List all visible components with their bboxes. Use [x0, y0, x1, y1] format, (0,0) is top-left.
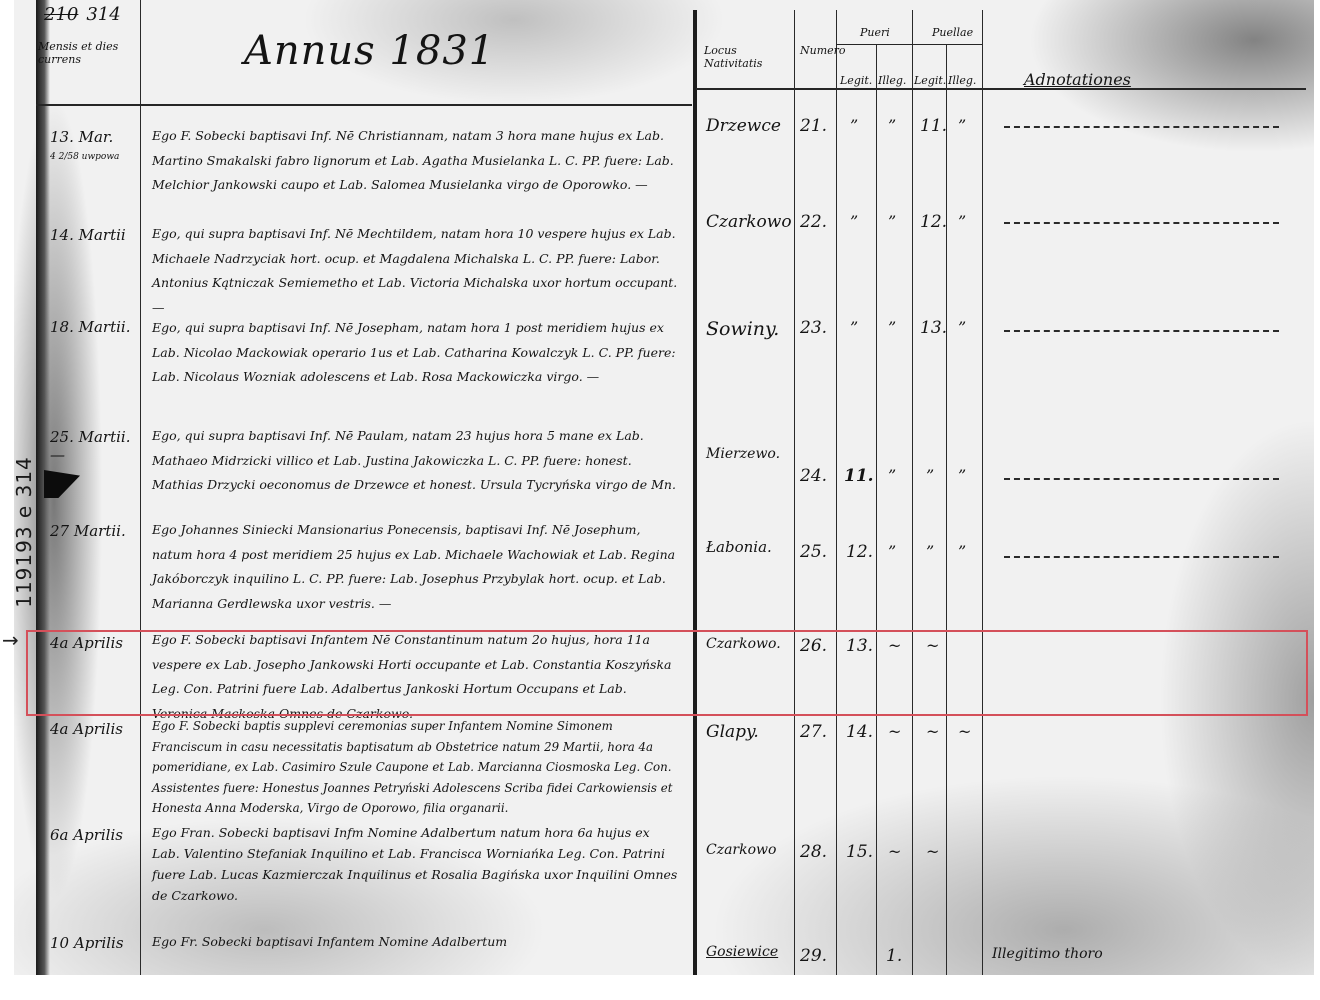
place-cell: Gosiewice — [706, 944, 778, 960]
puellae-legit-cell: 11. — [920, 116, 947, 136]
date-column-header: Mensis et dies currens — [38, 40, 134, 66]
entry-date: 25. Martii. — — [50, 428, 142, 464]
number-column-rule — [836, 10, 837, 975]
number-cell: 29. — [800, 946, 827, 966]
pueri-legit-cell: 12. — [846, 542, 873, 562]
adnotationes-header: Adnotationes — [1024, 70, 1131, 89]
entry-date: 13. Mar. — [50, 128, 142, 146]
pueri-illeg-cell: ” — [888, 466, 896, 485]
entry-text: Ego, qui supra baptisavi Inf. Nē Paulam,… — [152, 424, 680, 498]
archival-reference: 119193 e 314 — [12, 456, 36, 608]
puellae-illeg-cell: ~ — [958, 722, 971, 741]
puellae-illeg-cell: ” — [958, 542, 966, 561]
puellae-legit-cell: ” — [926, 542, 934, 561]
puellae-legit-cell: ~ — [926, 842, 939, 861]
annotation-dash — [1004, 330, 1279, 332]
pueri-header: Pueri — [860, 26, 890, 39]
puellae-split-rule — [946, 45, 947, 975]
pueri-legit-cell: ” — [850, 116, 858, 135]
entry-date: 14. Martii — [50, 226, 142, 244]
puellae-illeg-cell: ” — [958, 116, 966, 135]
number-cell: 21. — [800, 116, 827, 136]
puellae-legit-cell: ” — [926, 466, 934, 485]
number-cell: 23. — [800, 318, 827, 338]
entry-text: Ego, qui supra baptisavi Inf. Nē Mechtil… — [152, 222, 680, 320]
locus-header: Locus Nativitatis — [704, 44, 784, 70]
entry-date: 18. Martii. — [50, 318, 142, 336]
pueri-illeg-cell: ” — [888, 318, 896, 337]
left-header-rule — [36, 104, 692, 106]
pueri-illeg-cell: ” — [888, 116, 896, 135]
puellae-header: Puellae — [932, 26, 973, 39]
page-tab-marker — [44, 470, 80, 498]
place-cell: Drzewce — [706, 116, 781, 136]
folio-number: 210314 — [44, 4, 121, 25]
annotation-cell: Illegitimo thoro — [992, 946, 1103, 962]
entry-text: Ego Johannes Siniecki Mansionarius Ponec… — [152, 518, 680, 616]
entry-date: 6a Aprilis — [50, 826, 142, 844]
puellae-legit-cell: ~ — [926, 722, 939, 741]
pueri-legit-cell: 14. — [846, 722, 873, 742]
entry-text: Ego, qui supra baptisavi Inf. Nē Josepha… — [152, 316, 680, 390]
page-gutter — [693, 10, 697, 975]
pueri-illeg-header: Illeg. — [878, 74, 906, 87]
numero-header: Numero — [800, 44, 846, 57]
entry-date: 27 Martii. — [50, 522, 142, 540]
entry-text: Ego Fr. Sobecki baptisavi Infantem Nomin… — [152, 930, 680, 955]
puellae-legit-header: Legit. — [914, 74, 946, 87]
puellae-illeg-cell: ” — [958, 466, 966, 485]
annotation-dash — [1004, 478, 1279, 480]
entry-side-note: 4 2/58 uwpowa — [50, 152, 119, 162]
place-column-rule — [794, 10, 795, 975]
pueri-puellae-rule — [912, 10, 913, 975]
number-cell: 27. — [800, 722, 827, 742]
pueri-legit-cell: 15. — [846, 842, 873, 862]
pueri-illeg-cell: ~ — [888, 842, 901, 861]
puellae-illeg-cell: ” — [958, 318, 966, 337]
entry-text: Ego F. Sobecki baptisavi Inf. Nē Christi… — [152, 124, 680, 198]
pueri-split-rule — [876, 45, 877, 975]
annotation-dash — [1004, 126, 1279, 128]
puellae-legit-cell: 12. — [920, 212, 947, 232]
entry-text: Ego F. Sobecki baptis supplevi ceremonia… — [152, 716, 680, 819]
number-cell: 28. — [800, 842, 827, 862]
pointer-arrow-icon: → — [2, 628, 19, 652]
annotation-dash — [1004, 556, 1279, 558]
place-cell: Łabonia. — [706, 538, 772, 556]
pueri-legit-header: Legit. — [840, 74, 872, 87]
number-cell: 25. — [800, 542, 827, 562]
highlighted-entry-box — [26, 630, 1308, 716]
puellae-illeg-header: Illeg. — [948, 74, 976, 87]
puellae-illeg-cell: ” — [958, 212, 966, 231]
pueri-puellae-subrule — [836, 44, 982, 45]
puellae-legit-cell: 13. — [920, 318, 947, 338]
annotation-dash — [1004, 222, 1279, 224]
pueri-illeg-cell: ” — [888, 212, 896, 231]
entry-text: Ego Fran. Sobecki baptisavi Infm Nomine … — [152, 822, 680, 906]
register-scan: 210314 Annus 1831 Mensis et dies currens… — [14, 0, 1314, 975]
place-cell: Czarkowo — [706, 212, 786, 232]
entry-date: 10 Aprilis — [50, 934, 142, 952]
folio-struck: 210 — [44, 4, 78, 25]
pueri-legit-cell: ” — [850, 318, 858, 337]
place-cell: Sowiny. — [706, 318, 779, 340]
number-cell: 24. — [800, 466, 827, 486]
place-cell: Mierzewo. — [706, 446, 780, 462]
page-title: Annus 1831 — [244, 28, 495, 74]
entry-date: 4a Aprilis — [50, 720, 142, 738]
right-header-rule — [696, 88, 1306, 90]
pueri-legit-cell: 11. — [844, 466, 874, 486]
pueri-legit-cell: ” — [850, 212, 858, 231]
number-cell: 22. — [800, 212, 827, 232]
pueri-illeg-cell: ~ — [888, 722, 901, 741]
place-cell: Glapy. — [706, 722, 759, 742]
annotations-column-rule — [982, 10, 983, 975]
pueri-illeg-cell: ” — [888, 542, 896, 561]
pueri-illeg-cell: 1. — [886, 946, 902, 966]
place-cell: Czarkowo — [706, 842, 776, 858]
